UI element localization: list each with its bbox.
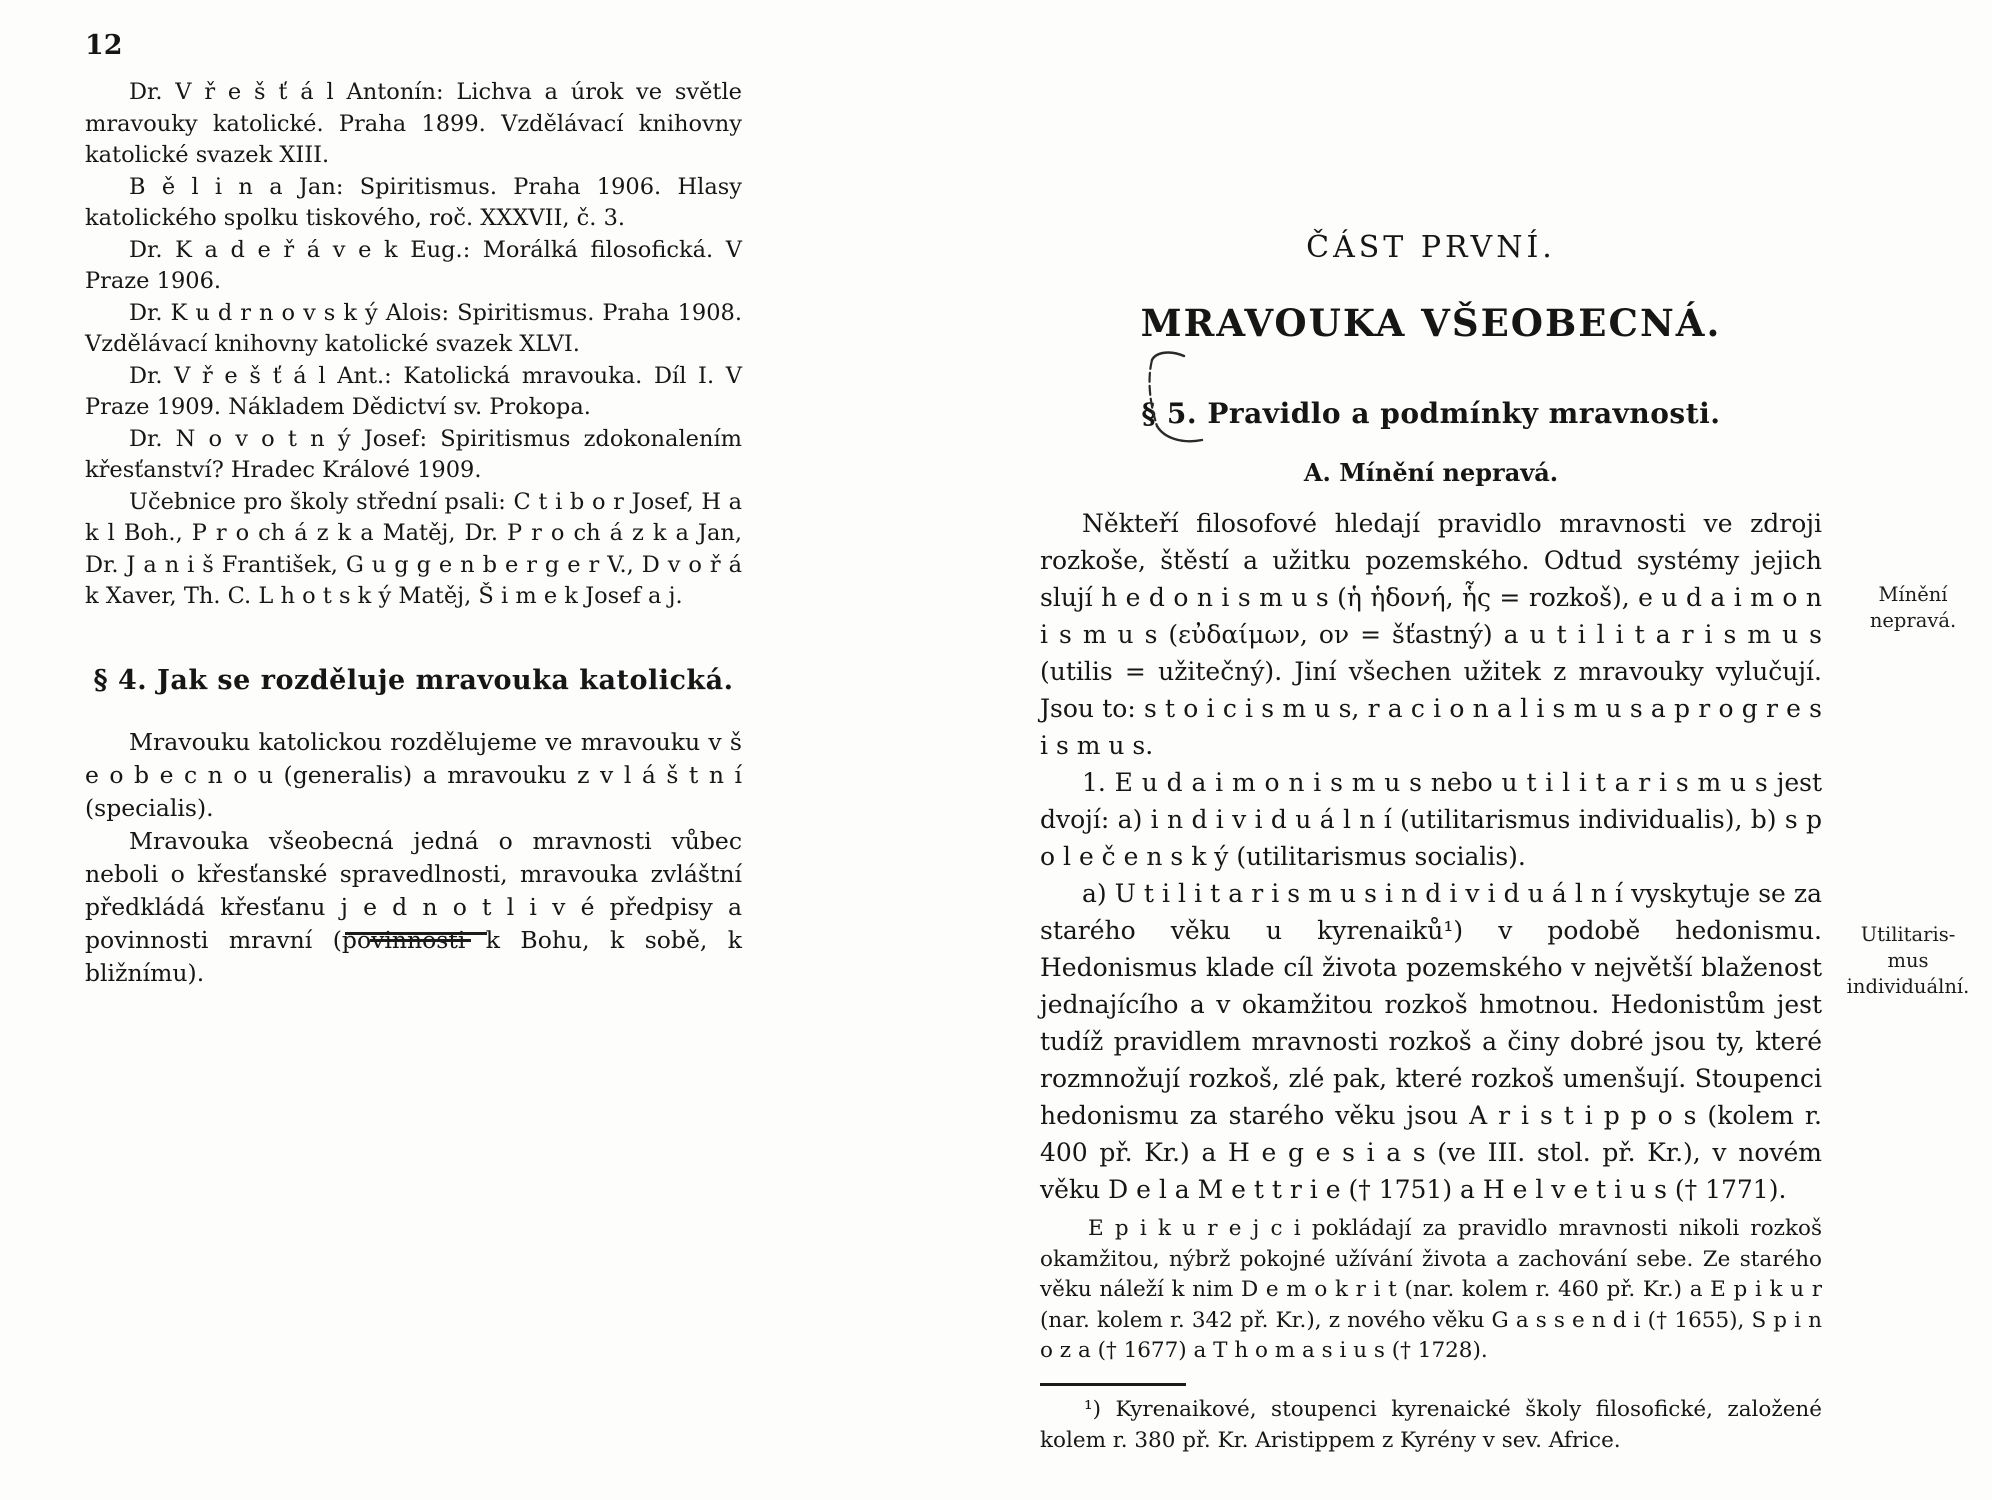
- subsection-heading: A. Mínění nepravá.: [1040, 458, 1822, 487]
- bibliography-entry: Dr. V ř e š ť á l Antonín: Lichva a úrok…: [85, 77, 742, 172]
- pen-bracket-mark: [1140, 348, 1204, 446]
- margin-note-line: Utilitaris-: [1833, 922, 1983, 948]
- footnote-block: ¹) Kyrenaikové, stoupenci kyrenaické ško…: [1040, 1394, 1822, 1456]
- bibliography-entry: Dr. N o v o t n ý Josef: Spiritismus zdo…: [85, 424, 742, 487]
- left-body-text: Mravouku katolickou rozdělujeme ve mravo…: [85, 726, 742, 990]
- footnote-text: ¹) Kyrenaikové, stoupenci kyrenaické ško…: [1040, 1394, 1822, 1456]
- section-heading-4: § 4. Jak se rozděluje mravouka katolická…: [85, 665, 742, 696]
- bibliography-entry: Učebnice pro školy střední psali: C t i …: [85, 487, 742, 613]
- margin-note-line: Mínění: [1838, 582, 1988, 608]
- divider-top-rule: [345, 932, 487, 935]
- paragraph: Někteří filosofové hledají pravidlo mrav…: [1040, 505, 1822, 764]
- page-number: 12: [85, 30, 742, 61]
- margin-note-utilitarismus: Utilitaris- mus individuální.: [1833, 922, 1983, 1000]
- section-divider-rule: [345, 932, 487, 942]
- margin-note-minenai: Mínění nepravá.: [1838, 582, 1988, 634]
- main-title: MRAVOUKA VŠEOBECNÁ.: [1040, 301, 1822, 345]
- bibliography-entry: Dr. K a d e ř á v e k Eug.: Morálká filo…: [85, 235, 742, 298]
- paragraph: Mravouku katolickou rozdělujeme ve mravo…: [85, 726, 742, 825]
- paragraph: 1. E u d a i m o n i s m u s nebo u t i …: [1040, 764, 1822, 875]
- bibliography-entry: B ě l i n a Jan: Spiritismus. Praha 1906…: [85, 172, 742, 235]
- page-left: 12 Dr. V ř e š ť á l Antonín: Lichva a ú…: [85, 30, 742, 990]
- paragraph: Mravouka všeobecná jedná o mravnosti vůb…: [85, 825, 742, 990]
- book-scan-spread: 12 Dr. V ř e š ť á l Antonín: Lichva a ú…: [0, 0, 1992, 1500]
- bibliography-entry: Dr. V ř e š ť á l Ant.: Katolická mravou…: [85, 361, 742, 424]
- part-heading: ČÁST PRVNÍ.: [1040, 230, 1822, 265]
- bibliography-list: Dr. V ř e š ť á l Antonín: Lichva a úrok…: [85, 77, 742, 613]
- margin-note-line: individuální.: [1833, 974, 1983, 1000]
- margin-note-line: nepravá.: [1838, 608, 1988, 634]
- paragraph: a) U t i l i t a r i s m u s i n d i v i…: [1040, 875, 1822, 1208]
- divider-bottom-rule: [370, 939, 471, 942]
- right-body-text: Někteří filosofové hledají pravidlo mrav…: [1040, 505, 1822, 1208]
- petit-paragraph: E p i k u r e j c i pokládají za pravidl…: [1040, 1214, 1822, 1367]
- footnote-rule: [1040, 1383, 1186, 1386]
- bibliography-entry: Dr. K u d r n o v s k ý Alois: Spiritism…: [85, 298, 742, 361]
- petit-text-block: E p i k u r e j c i pokládají za pravidl…: [1040, 1214, 1822, 1367]
- margin-note-line: mus: [1833, 948, 1983, 974]
